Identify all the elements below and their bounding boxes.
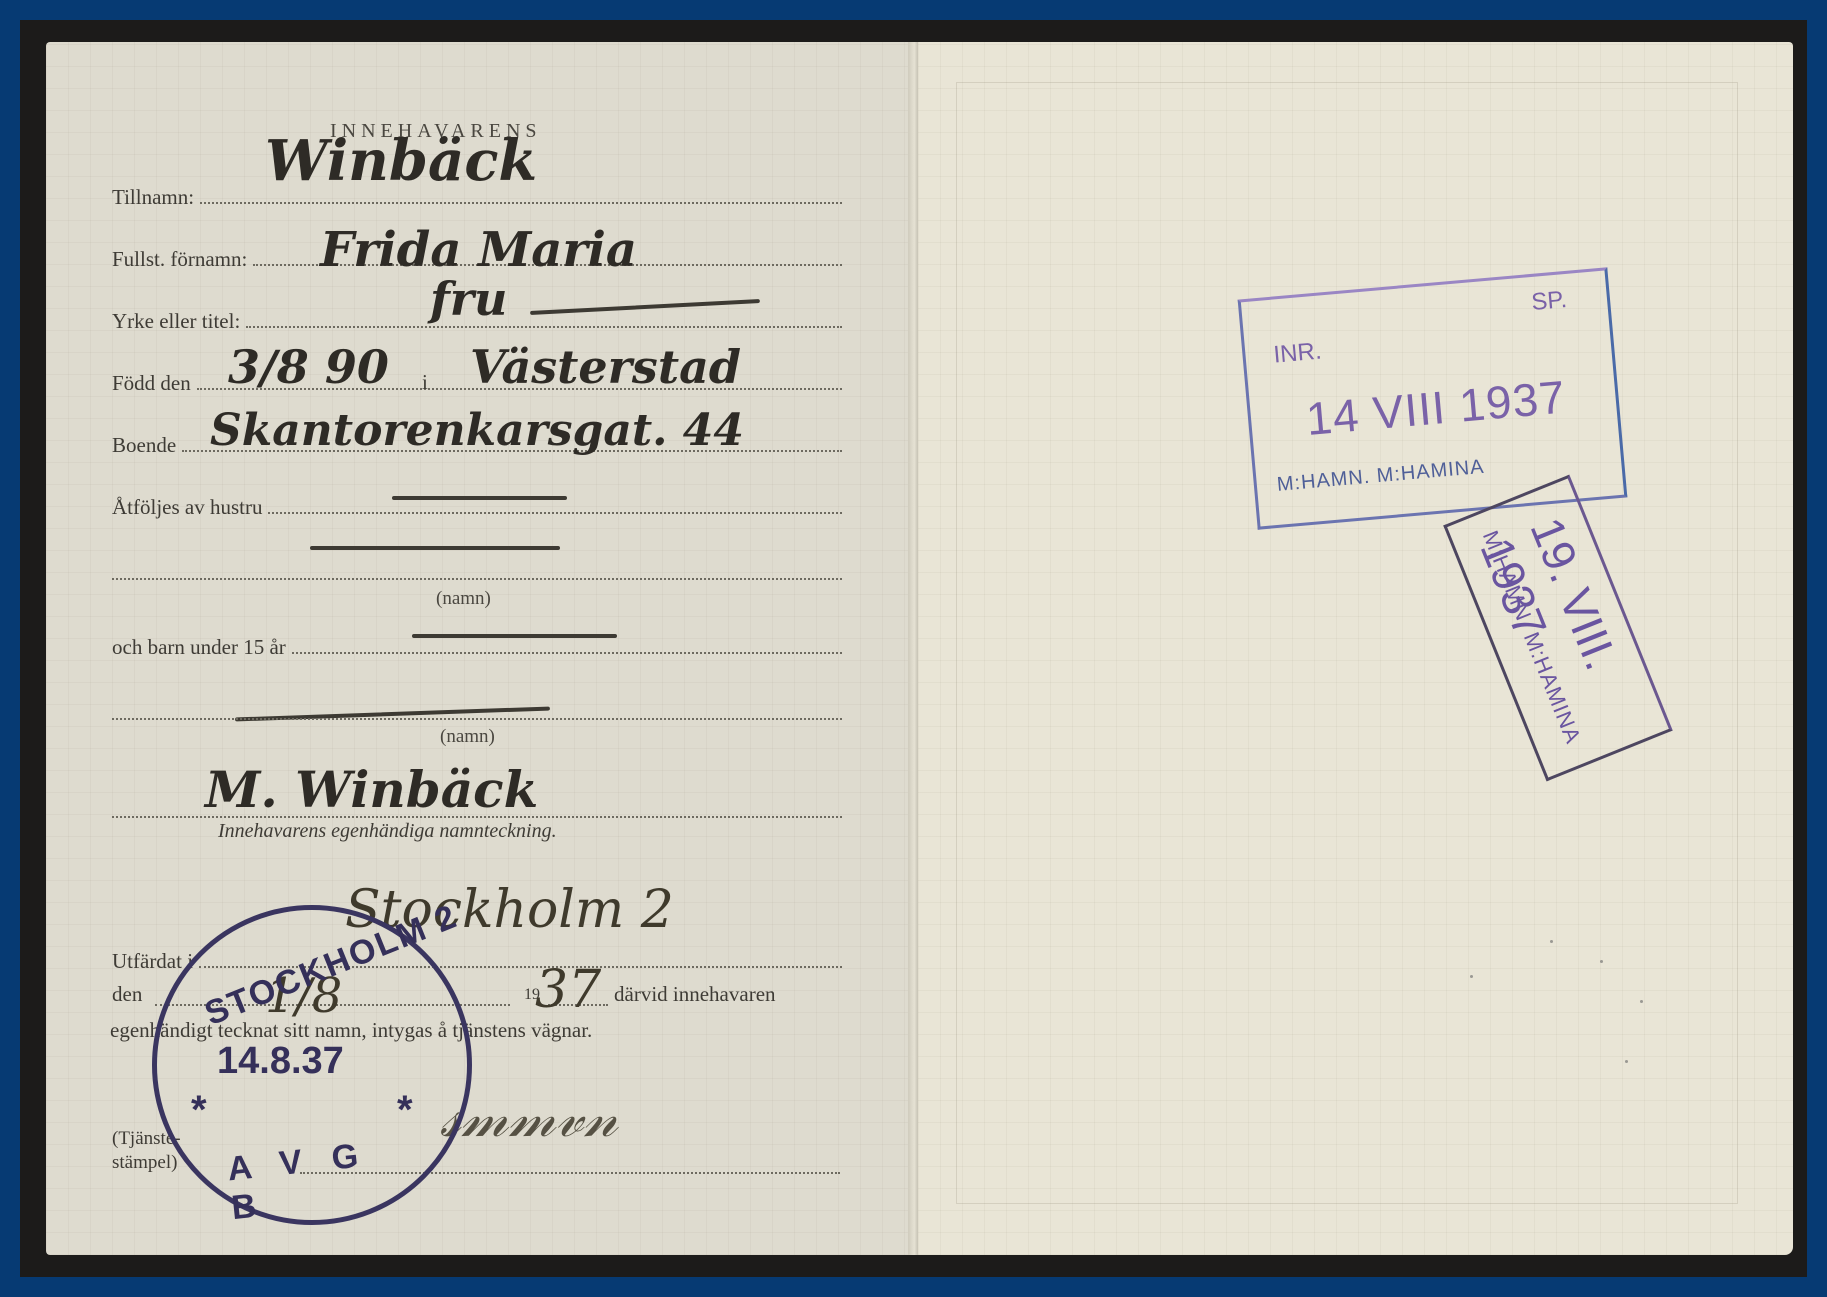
handwritten-occupation: fru (430, 272, 507, 326)
handwritten-dash (310, 546, 560, 550)
handwritten-issue-year: 37 (535, 960, 601, 1020)
field-label: Åtföljes av hustru (112, 495, 268, 520)
postmark-star-icon: * (397, 1088, 413, 1133)
postmark-date: 14.8.37 (217, 1040, 344, 1083)
postmark-star-icon: * (191, 1088, 207, 1133)
entry-stamp-date: 14 VIII 1937 (1304, 370, 1568, 446)
field-label: och barn under 15 år (112, 635, 292, 660)
right-page (918, 42, 1793, 1255)
field-label: Boende (112, 433, 182, 458)
entry-stamp-inr: INR. (1272, 338, 1322, 370)
handwritten-birth-date: 3/8 90 (228, 340, 389, 394)
birth-place-connector: i (422, 370, 428, 395)
date-label: den (112, 982, 142, 1007)
dotted-line (246, 325, 842, 328)
date-suffix: därvid innehavaren (614, 982, 776, 1007)
ink-speck (1550, 940, 1553, 943)
field-label: Född den (112, 371, 197, 396)
handwritten-dash (412, 634, 617, 638)
wife-name-caption: (namn) (436, 588, 491, 610)
field-accompanied-by-wife: Åtföljes av hustru (112, 486, 842, 520)
official-stamp-label-2: stämpel) (112, 1152, 177, 1174)
entry-stamp-sp: SP. (1530, 286, 1568, 317)
handwritten-dash (392, 496, 567, 500)
ink-speck (1600, 960, 1603, 963)
ink-speck (1625, 1060, 1628, 1063)
children-name-caption: (namn) (440, 726, 495, 748)
field-label: Tillnamn: (112, 185, 200, 210)
dotted-line (268, 511, 842, 514)
ink-speck (1640, 1000, 1643, 1003)
entry-stamp-place: M:HAMN. M:HAMINA (1276, 456, 1485, 497)
handwritten-surname: Winbäck (265, 128, 537, 194)
field-label: Yrke eller titel: (112, 309, 246, 334)
field-label: Fullst. förnamn: (112, 247, 253, 272)
holder-signature: M. Winbäck (205, 760, 538, 819)
wife-name-line (112, 578, 842, 580)
stockholm-postmark: STOCKHOLM 2 14.8.37 * * AVG B (152, 905, 472, 1225)
handwritten-given-names: Frida Maria (320, 222, 637, 278)
signature-line (112, 816, 842, 818)
children-name-line (112, 718, 842, 720)
handwritten-residence: Skantorenkarsgat. 44 (210, 405, 744, 456)
signature-caption: Innehavarens egenhändiga namnteckning. (218, 820, 557, 843)
dotted-line (200, 201, 842, 204)
dotted-line (292, 651, 842, 654)
ink-speck (1470, 975, 1473, 978)
handwritten-birth-place: Västerstad (470, 340, 741, 394)
field-children: och barn under 15 år (112, 626, 842, 660)
